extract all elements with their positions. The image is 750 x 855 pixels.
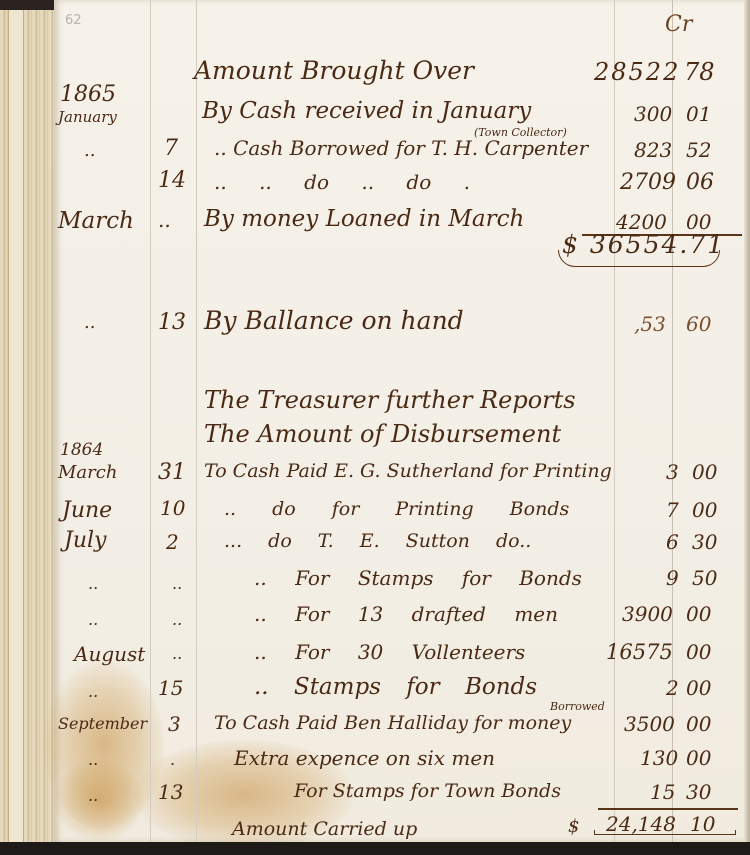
- entry-month: January: [58, 108, 117, 126]
- column-rule-day: [196, 0, 197, 842]
- balance-month: ..: [84, 312, 95, 333]
- entry-dollars: 2: [666, 676, 679, 700]
- carried-rule: [598, 808, 738, 810]
- entry-description: .. Stamps for Bonds: [254, 674, 537, 700]
- entry-description: To Cash Paid Ben Halliday for money: [214, 712, 571, 734]
- entry-month: March: [58, 462, 117, 483]
- entry-cents: 00: [692, 498, 717, 522]
- entry-description: To Cash Paid E. G. Sutherland for Printi…: [204, 460, 612, 482]
- entry-month: ..: [88, 786, 98, 805]
- entry-dollars: 3: [666, 460, 679, 484]
- entry-cents: 00: [686, 640, 711, 664]
- entry-dollars: 2709: [620, 170, 676, 195]
- entry-day: ..: [158, 208, 171, 232]
- balance-day: 13: [158, 310, 186, 335]
- entry-month: March: [58, 208, 134, 234]
- entry-day: ..: [172, 574, 182, 593]
- carried-up-label: Amount Carried up: [232, 818, 417, 840]
- entry-month: June: [62, 498, 112, 523]
- entry-month: ..: [88, 610, 98, 629]
- entry-dollars: 3500: [624, 712, 675, 736]
- entry-day: 31: [158, 460, 186, 485]
- entry-cents: 00: [686, 676, 711, 700]
- brought-over-label: Amount Brought Over: [194, 56, 474, 85]
- entry-cents: 00: [686, 712, 711, 736]
- entry-cents: 00: [686, 602, 711, 626]
- ledger-page: 62 Cr Amount Brought Over 28522 78 1865 …: [54, 0, 750, 842]
- column-rule-dollars: [614, 0, 615, 842]
- entry-dollars: 7: [666, 498, 679, 522]
- book-bottom-shadow: [0, 842, 750, 855]
- entry-dollars: 300: [634, 102, 672, 126]
- entry-cents: 06: [686, 170, 714, 195]
- entry-description: .. For Stamps for Bonds: [254, 566, 582, 590]
- disbursements-heading-2: The Amount of Disbursement: [204, 420, 561, 448]
- credit-column-heading: Cr: [665, 12, 692, 37]
- entry-day: ..: [172, 610, 182, 629]
- entry-cents: 30: [692, 530, 717, 554]
- entry-dollars: 15: [650, 780, 675, 804]
- entry-day: 14: [158, 168, 186, 193]
- balance-dollars: ,53: [634, 312, 666, 336]
- entry-description: .. For 30 Vollenteers: [254, 640, 525, 664]
- entry-description: .. do for Printing Bonds: [224, 498, 569, 520]
- entry-year: 1865: [60, 82, 116, 107]
- entry-day: 15: [158, 676, 183, 700]
- entry-dollars: 130: [640, 746, 678, 770]
- entry-month: ..: [88, 574, 98, 593]
- carried-up-currency: $: [568, 816, 579, 837]
- entry-description: For Stamps for Town Bonds: [294, 780, 561, 802]
- entry-dollars: 6: [666, 530, 679, 554]
- entry-cents: 50: [692, 566, 717, 590]
- entry-day: 7: [164, 136, 178, 161]
- entry-description: ... do T. E. Sutton do..: [224, 530, 531, 552]
- disbursements-heading-1: The Treasurer further Reports: [204, 386, 576, 414]
- entry-day: 10: [160, 496, 185, 520]
- entry-day: 3: [168, 712, 181, 736]
- entry-month: September: [58, 714, 147, 733]
- entry-description: .. .. do .. do .: [214, 170, 470, 194]
- entry-description: .. For 13 drafted men: [254, 602, 558, 626]
- entry-dollars: 3900: [622, 602, 673, 626]
- page-number: 62: [65, 13, 82, 28]
- entry-day: 2: [166, 530, 179, 554]
- entry-dollars: 16575: [606, 640, 673, 664]
- entry-month: ..: [88, 682, 98, 701]
- carried-underline: [594, 830, 736, 835]
- water-stain: [54, 760, 144, 840]
- entry-month: ..: [88, 750, 98, 769]
- entry-description: By money Loaned in March: [204, 206, 524, 232]
- balance-cents: 60: [686, 312, 711, 336]
- entry-month: ..: [84, 140, 95, 161]
- entry-year: 1864: [60, 440, 103, 460]
- book-page-edge-strip: [8, 10, 24, 855]
- entry-dollars: 823: [634, 138, 672, 162]
- entry-day: ..: [172, 644, 182, 663]
- entry-description: By Cash received in January: [202, 98, 531, 124]
- entry-description: .. Cash Borrowed for T. H. Carpenter: [214, 136, 588, 160]
- total-flourish: [558, 250, 720, 267]
- entry-dollars: 9: [666, 566, 679, 590]
- entry-cents: 00: [686, 746, 711, 770]
- brought-over-cents: 78: [684, 58, 715, 86]
- entry-cents: 00: [692, 460, 717, 484]
- entry-day: 13: [158, 780, 183, 804]
- entry-cents: 30: [686, 780, 711, 804]
- entry-month: July: [64, 528, 106, 553]
- entry-month: August: [74, 642, 145, 666]
- column-rule-month: [150, 0, 151, 842]
- brought-over-dollars: 28522: [594, 58, 680, 86]
- entry-description: Extra expence on six men: [234, 746, 495, 770]
- entry-cents: 01: [686, 102, 711, 126]
- entry-day: .: [170, 750, 175, 769]
- entry-cents: 52: [686, 138, 711, 162]
- balance-description: By Ballance on hand: [204, 306, 464, 335]
- page-right-edge: [744, 0, 750, 842]
